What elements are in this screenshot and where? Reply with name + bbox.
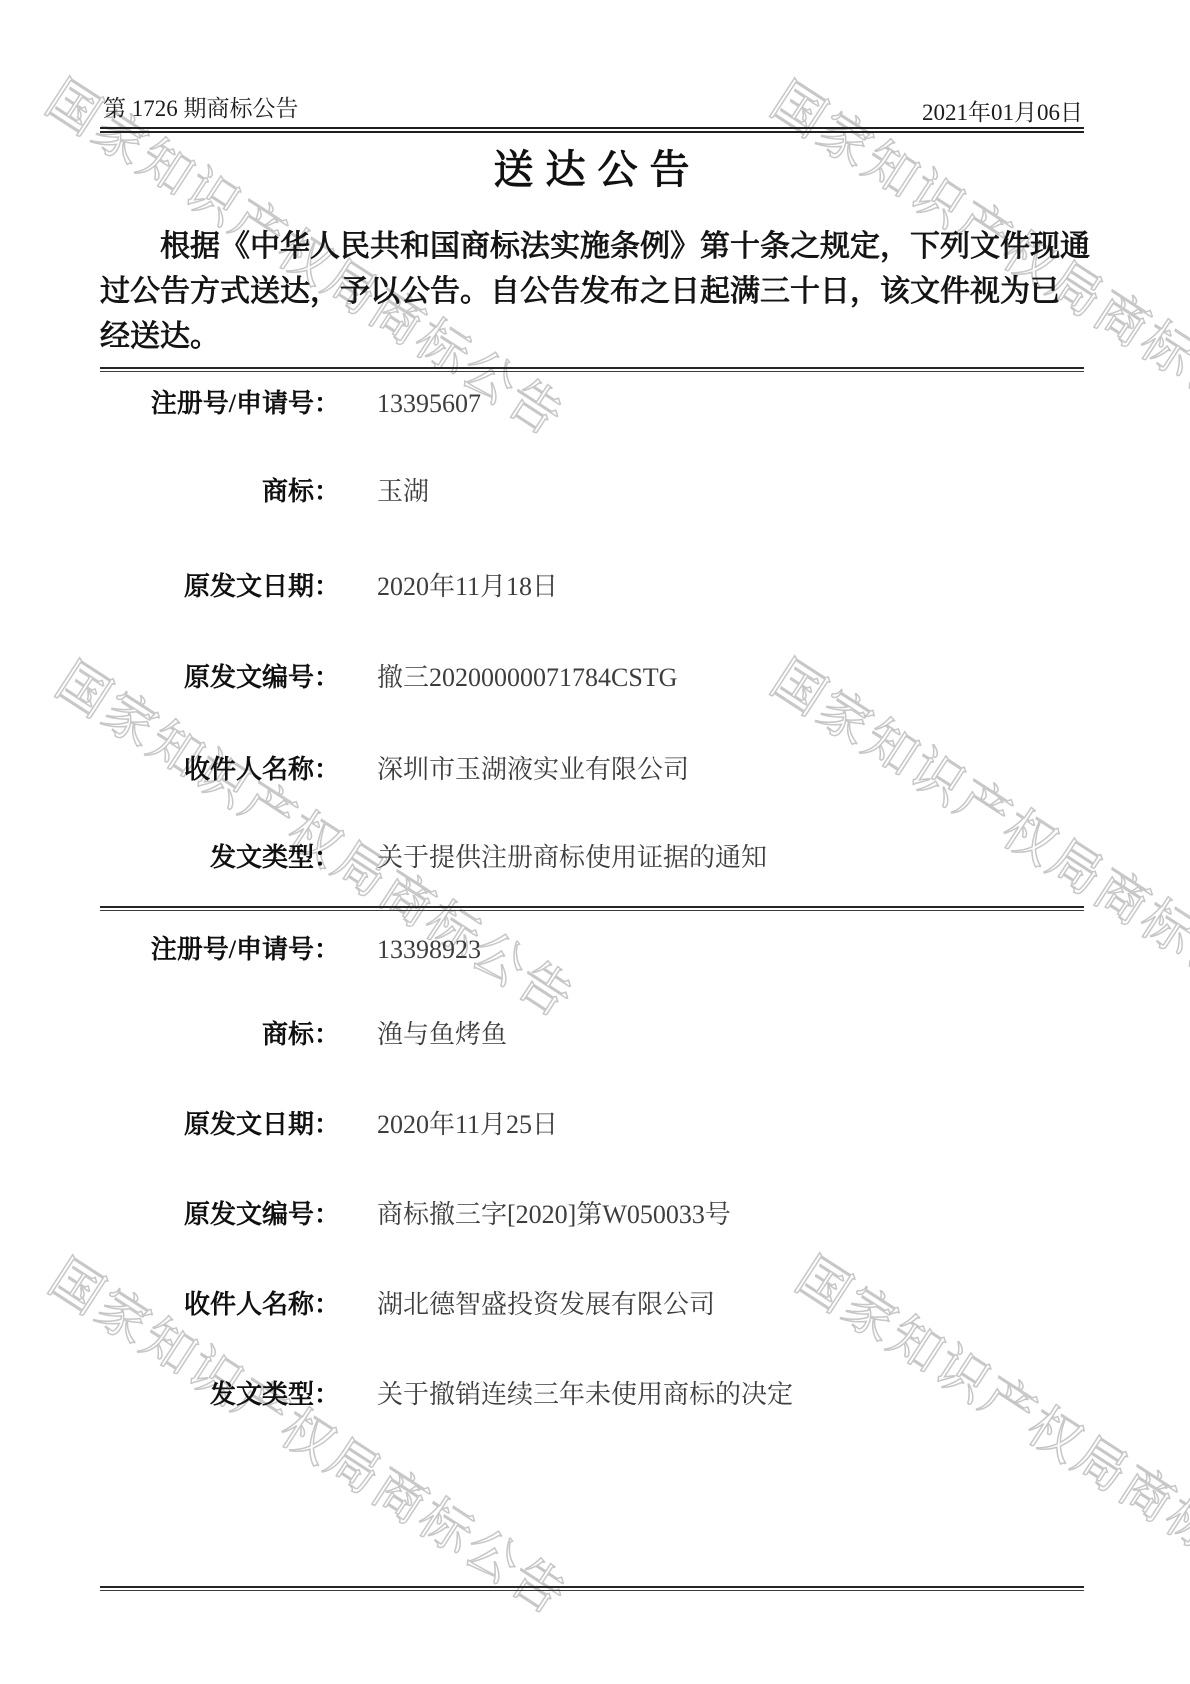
gazette-issue-label: 第 1726 期商标公告: [103, 90, 299, 123]
field-label: 原发文日期：: [100, 570, 340, 604]
field-row: 收件人名称： 湖北德智盛投资发展有限公司: [100, 1288, 1084, 1322]
field-value: 深圳市玉湖液实业有限公司: [377, 753, 689, 787]
field-value: 湖北德智盛投资发展有限公司: [377, 1288, 715, 1322]
gazette-page: 国家知识产权局商标公告 国家知识产权局商标公告 国家知识产权局商标公告 国家知识…: [0, 0, 1190, 1684]
intro-line: 根据《中华人民共和国商标法实施条例》第十条之规定，下列文件现通: [100, 224, 1110, 269]
field-value: 玉湖: [377, 475, 429, 509]
field-label: 收件人名称：: [100, 1288, 340, 1322]
field-label: 注册号/申请号：: [100, 933, 340, 967]
page-title: 送 达 公 告: [100, 146, 1084, 194]
field-row: 发文类型： 关于撤销连续三年未使用商标的决定: [100, 1378, 1084, 1412]
field-label: 商标：: [100, 1018, 340, 1052]
field-label: 商标：: [100, 475, 340, 509]
field-row: 原发文日期： 2020年11月18日: [100, 570, 1084, 604]
bottom-rule: [100, 1586, 1084, 1591]
field-row: 收件人名称： 深圳市玉湖液实业有限公司: [100, 753, 1084, 787]
field-label: 发文类型：: [100, 1378, 340, 1412]
record-divider: [100, 367, 1084, 372]
field-label: 收件人名称：: [100, 753, 340, 787]
intro-paragraph: 根据《中华人民共和国商标法实施条例》第十条之规定，下列文件现通 过公告方式送达，…: [100, 224, 1110, 359]
record-divider: [100, 906, 1084, 911]
field-label: 注册号/申请号：: [100, 387, 340, 421]
gazette-date-label: 2021年01月06日: [922, 94, 1083, 127]
field-value: 渔与鱼烤鱼: [377, 1018, 507, 1052]
field-value: 2020年11月18日: [377, 570, 558, 604]
field-value: 2020年11月25日: [377, 1108, 558, 1142]
field-label: 原发文编号：: [100, 1198, 340, 1232]
intro-line: 过公告方式送达，予以公告。自公告发布之日起满三十日，该文件视为已: [100, 269, 1110, 314]
field-row: 商标： 渔与鱼烤鱼: [100, 1018, 1084, 1052]
field-label: 原发文编号：: [100, 661, 340, 695]
field-value: 关于撤销连续三年未使用商标的决定: [377, 1378, 793, 1412]
field-row: 原发文编号： 撤三20200000071784CSTG: [100, 661, 1084, 695]
field-row: 商标： 玉湖: [100, 475, 1084, 509]
field-label: 发文类型：: [100, 841, 340, 875]
field-row: 注册号/申请号： 13398923: [100, 933, 1084, 967]
field-row: 原发文日期： 2020年11月25日: [100, 1108, 1084, 1142]
field-value: 关于提供注册商标使用证据的通知: [377, 841, 767, 875]
header-rule: [100, 127, 1084, 133]
page-content: 第 1726 期商标公告 2021年01月06日 送 达 公 告 根据《中华人民…: [0, 0, 1190, 1684]
field-value: 撤三20200000071784CSTG: [377, 661, 677, 695]
field-value: 13395607: [377, 387, 481, 421]
field-row: 原发文编号： 商标撤三字[2020]第W050033号: [100, 1198, 1084, 1232]
field-value: 13398923: [377, 933, 481, 967]
field-value: 商标撤三字[2020]第W050033号: [377, 1198, 731, 1232]
intro-line: 经送达。: [100, 314, 1110, 359]
field-row: 发文类型： 关于提供注册商标使用证据的通知: [100, 841, 1084, 875]
field-label: 原发文日期：: [100, 1108, 340, 1142]
field-row: 注册号/申请号： 13395607: [100, 387, 1084, 421]
